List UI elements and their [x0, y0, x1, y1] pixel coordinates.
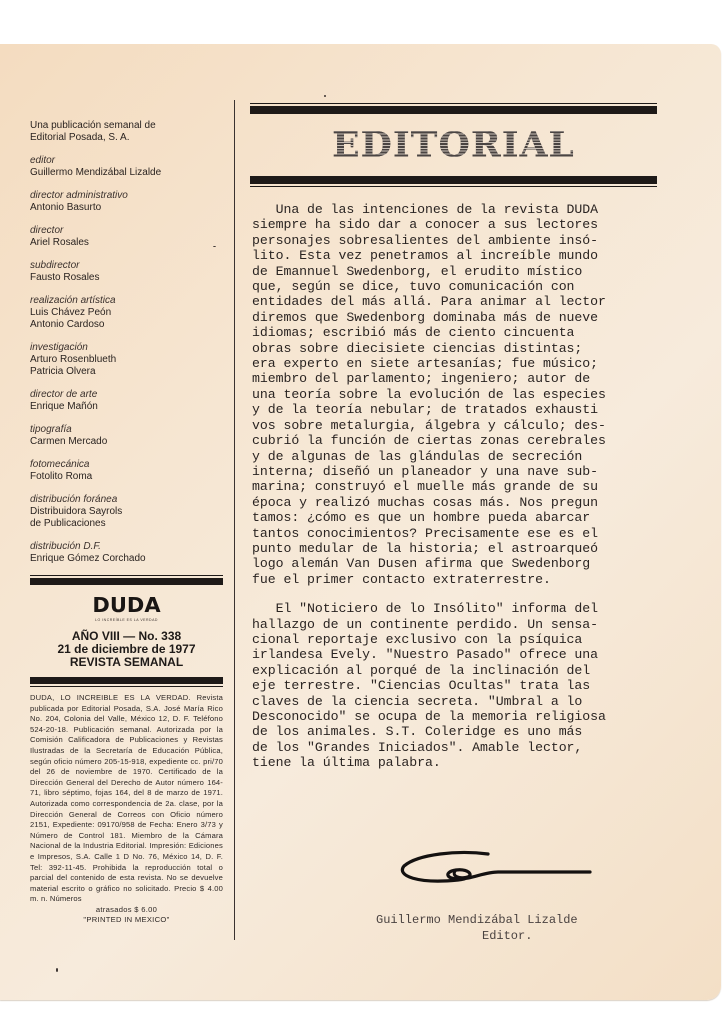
- text-line: de Emannuel Swedenborg, el erudito místi…: [252, 264, 657, 279]
- text-line: Una de las intenciones de la revista DUD…: [252, 202, 657, 217]
- staff-entry: subdirectorFausto Rosales: [30, 260, 225, 284]
- staff-role: investigación: [30, 342, 225, 354]
- editorial-column: EDITORIAL Una de las intenciones de la r…: [250, 103, 657, 771]
- staff-role: director: [30, 225, 225, 237]
- text-line: personajes sobresalientes del ambiente i…: [252, 233, 657, 248]
- text-line: marina; construyó el muelle más grande d…: [252, 479, 657, 494]
- text-line: una teoría sobre la evolución de las esp…: [252, 387, 657, 402]
- staff-entry: investigaciónArturo RosenbluethPatricia …: [30, 342, 225, 378]
- text-line: que, según se dice, tuvo comunicación co…: [252, 279, 657, 294]
- staff-name: Guillermo Mendizábal Lizalde: [30, 167, 225, 179]
- staff-name: de Publicaciones: [30, 518, 225, 530]
- column-divider: [234, 100, 235, 940]
- staff-name: Enrique Gómez Corchado: [30, 553, 225, 565]
- signature-icon: [398, 848, 598, 898]
- staff-role: director administrativo: [30, 190, 225, 202]
- duda-logo: DUDA: [25, 593, 228, 617]
- staff-name: Distribuidora Sayrols: [30, 506, 225, 518]
- logo-tagline: Lo increíble es la verdad: [30, 618, 223, 622]
- text-line: tantos conocimientos? Precisamente ese e…: [252, 526, 657, 541]
- text-line: de los "Grandes Iniciados". Amable lecto…: [252, 740, 657, 755]
- back-issue-price: atrasados $ 6.00: [30, 905, 223, 915]
- text-line: explicación al porqué de la inclinación …: [252, 663, 657, 678]
- staff-name: Antonio Cardoso: [30, 319, 225, 331]
- signature-title: Editor.: [482, 929, 532, 943]
- text-line: época y realizó muchas cosas más. Nos pr…: [252, 495, 657, 510]
- rule: [250, 186, 657, 187]
- staff-role: distribución foránea: [30, 494, 225, 506]
- staff-role: subdirector: [30, 260, 225, 272]
- signature-name: Guillermo Mendizábal Lizalde: [376, 913, 578, 927]
- text-line: idiomas; escribió más de ciento cincuent…: [252, 325, 657, 340]
- editorial-body: Una de las intenciones de la revista DUD…: [250, 202, 657, 771]
- editorial-heading: EDITORIAL: [250, 114, 657, 176]
- staff-entry: fotomecánicaFotolito Roma: [30, 459, 225, 483]
- text-line: miembro del parlamento; ingeniero; autor…: [252, 371, 657, 386]
- intro-line: Editorial Posada, S. A.: [30, 132, 225, 144]
- staff-name: Luis Chávez Peón: [30, 307, 225, 319]
- staff-name: Enrique Mañón: [30, 401, 225, 413]
- rule: [30, 686, 223, 687]
- text-line: diremos que Swedenborg dominaba más de n…: [252, 310, 657, 325]
- text-line: cubrió la función de ciertas zonas cereb…: [252, 433, 657, 448]
- staff-name: Fausto Rosales: [30, 272, 225, 284]
- text-line: claves de la ciencia secreta. "Umbral a …: [252, 694, 657, 709]
- staff-name: Patricia Olvera: [30, 366, 225, 378]
- editorial-title: EDITORIAL: [332, 125, 575, 165]
- rule: [30, 575, 223, 576]
- staff-entry: tipografíaCarmen Mercado: [30, 424, 225, 448]
- staff-name: Arturo Rosenblueth: [30, 354, 225, 366]
- staff-role: realización artística: [30, 295, 225, 307]
- paper-speck: [324, 95, 326, 97]
- text-line: irlandesa Evely. "Nuestro Pasado" ofrece…: [252, 647, 657, 662]
- staff-role: distribución D.F.: [30, 541, 225, 553]
- rule: [30, 677, 223, 684]
- rule: [250, 106, 657, 114]
- staff-entry: director administrativoAntonio Basurto: [30, 190, 225, 214]
- text-line: obras sobre diecisiete ciencias distinta…: [252, 341, 657, 356]
- rule: [250, 176, 657, 184]
- text-line: siempre ha sido dar a conocer a sus lect…: [252, 217, 657, 232]
- staff-role: fotomecánica: [30, 459, 225, 471]
- staff-entry: realización artísticaLuis Chávez PeónAnt…: [30, 295, 225, 331]
- editorial-paragraph: Una de las intenciones de la revista DUD…: [252, 202, 657, 587]
- text-line: fue el primer contacto extraterrestre.: [252, 572, 657, 587]
- rule: [30, 578, 223, 585]
- rule: [250, 103, 657, 104]
- staff-entry: editorGuillermo Mendizábal Lizalde: [30, 155, 225, 179]
- text-line: El "Noticiero de lo Insólito" informa de…: [252, 601, 657, 616]
- staff-entry: distribución D.F.Enrique Gómez Corchado: [30, 541, 225, 565]
- masthead-intro: Una publicación semanal de Editorial Pos…: [30, 120, 225, 144]
- masthead: Una publicación semanal de Editorial Pos…: [30, 120, 225, 573]
- printed-in-mexico: "PRINTED IN MEXICO": [30, 915, 223, 925]
- text-line: punto medular de la historia; el astroar…: [252, 541, 657, 556]
- staff-name: Fotolito Roma: [30, 471, 225, 483]
- staff-entry: distribución foráneaDistribuidora Sayrol…: [30, 494, 225, 530]
- staff-name: Carmen Mercado: [30, 436, 225, 448]
- text-line: eje terrestre. "Ciencias Ocultas" trata …: [252, 678, 657, 693]
- text-line: tamos: ¿cómo es que un hombre pueda abar…: [252, 510, 657, 525]
- staff-role: director de arte: [30, 389, 225, 401]
- staff-role: editor: [30, 155, 225, 167]
- staff-name: Ariel Rosales: [30, 237, 225, 249]
- text-line: lito. Esta vez penetramos al increíble m…: [252, 248, 657, 263]
- staff-role: tipografía: [30, 424, 225, 436]
- text-line: logo alemán Van Dusen afirma que Swedenb…: [252, 556, 657, 571]
- text-line: y de la teoría nebular; de tratados exha…: [252, 402, 657, 417]
- text-line: Desconocido" se ocupa de la memoria reli…: [252, 709, 657, 724]
- text-line: vos sobre metalurgia, álgebra y cálculo;…: [252, 418, 657, 433]
- intro-line: Una publicación semanal de: [30, 120, 225, 132]
- issue-number: AÑO VIII — No. 338 21 de diciembre de 19…: [30, 630, 223, 669]
- legal-notice: DUDA, LO INCREIBLE ES LA VERDAD. Revista…: [30, 693, 223, 905]
- paper-speck: [213, 246, 216, 247]
- text-line: hallazgo de un continente perdido. Un se…: [252, 617, 657, 632]
- paper-speck: [56, 968, 58, 972]
- text-line: entidades del más allá. Para animar al l…: [252, 294, 657, 309]
- editorial-paragraph: El "Noticiero de lo Insólito" informa de…: [252, 601, 657, 770]
- issue-type: REVISTA SEMANAL: [30, 656, 223, 669]
- text-line: interna; diseñó un planeador y una nave …: [252, 464, 657, 479]
- text-line: cional reportaje exclusivo con la psíqui…: [252, 632, 657, 647]
- staff-entry: directorAriel Rosales: [30, 225, 225, 249]
- staff-name: Antonio Basurto: [30, 202, 225, 214]
- staff-list: editorGuillermo Mendizábal Lizaldedirect…: [30, 155, 225, 565]
- text-line: tiene la última palabra.: [252, 755, 657, 770]
- text-line: de los animales. S.T. Coleridge es uno m…: [252, 724, 657, 739]
- issue-box: DUDA Lo increíble es la verdad AÑO VIII …: [30, 575, 223, 925]
- text-line: era experto en siete artesanías; fue mús…: [252, 356, 657, 371]
- text-line: y de algunas de las glándulas de secreci…: [252, 449, 657, 464]
- staff-entry: director de arteEnrique Mañón: [30, 389, 225, 413]
